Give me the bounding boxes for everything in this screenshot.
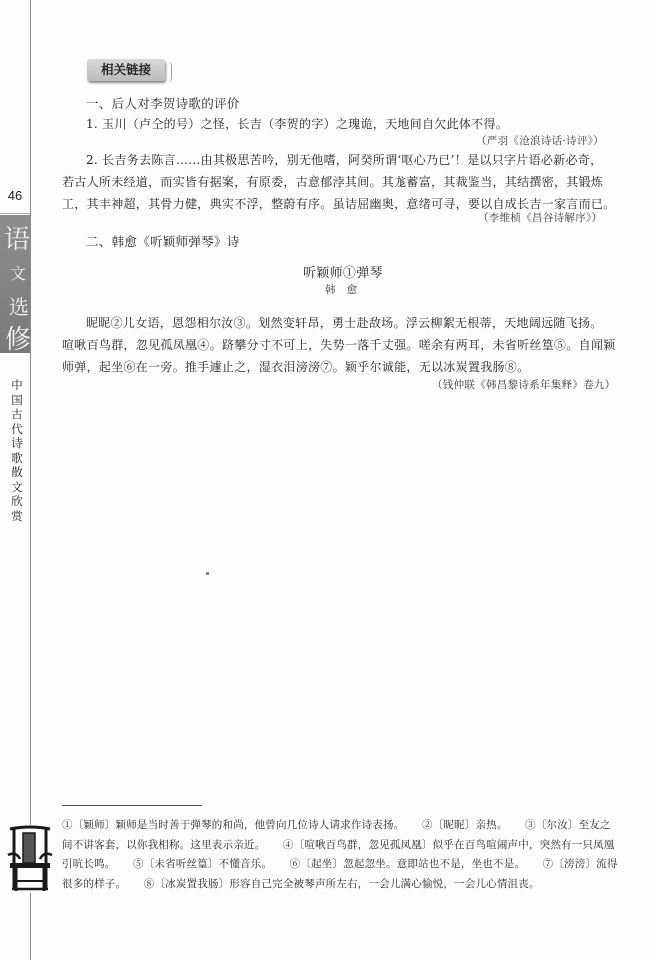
- part2-heading: 二、韩愈《听颖师弹琴》诗: [86, 232, 240, 250]
- poem-author: 韩 愈: [325, 282, 357, 297]
- book-title-vertical: 中国古代诗歌散文欣赏: [10, 378, 24, 523]
- side-tab-char: 语: [4, 219, 30, 256]
- quote-2-line: 若古人所未经道，而实皆有据案，有原委，古意郁浡其间。其尨蓄富，其裁鉴当，其结撰密…: [62, 173, 603, 190]
- ming-chair-icon: [6, 825, 54, 893]
- footnote-1: ①〔颖师〕颖师是当时善于弹琴的和尚，他曾向几位诗人请求作诗表扬。: [62, 819, 404, 831]
- footnote-8: ⑧〔冰炭置我肠〕形容自己完全被琴声所左右，一会儿满心愉悦，一会儿心情沮丧。: [144, 878, 540, 890]
- side-tab-char: 选: [9, 291, 29, 320]
- section-badge: 相关链接: [87, 59, 165, 81]
- poem-line: 喧啾百鸟群，忽见孤凤凰④。跻攀分寸不可上，失势一落千丈强。嗟余有两耳，未省听丝篁…: [62, 336, 616, 353]
- quote-1-source: （严羽《沧浪诗话·诗评》）: [476, 133, 604, 148]
- footnotes: ①〔颖师〕颖师是当时善于弹琴的和尚，他曾向几位诗人请求作诗表扬。 ②〔昵昵〕亲热…: [62, 816, 618, 894]
- quote-1-text: 1. 玉川（卢仝的号）之怪，长吉（李贺的字）之瑰诡，天地间自欠此体不得。: [86, 115, 508, 132]
- side-tab-char: 修: [5, 319, 31, 356]
- poem-line: 师弹，起坐⑥在一旁。推手遽止之，湿衣泪滂滂⑦。颖乎尔诚能，无以冰炭置我肠⑧。: [62, 358, 529, 375]
- part1-heading: 一、后人对李贺诗歌的评价: [86, 94, 240, 112]
- scan-speck: [206, 572, 209, 575]
- footnote-6: ⑥〔起坐〕忽起忽坐。意即站也不是，坐也不是。: [290, 858, 525, 870]
- footnote-2: ②〔昵昵〕亲热。: [422, 819, 508, 831]
- poem-line: 昵昵②儿女语，恩怨相尔汝③。划然变轩昂，勇士赴敌场。浮云柳絮无根蒂，天地阔远随飞…: [86, 314, 603, 331]
- footnote-5: ⑤〔未省听丝篁〕不懂音乐。: [133, 858, 272, 870]
- poem-title: 听颖师①弹琴: [303, 262, 383, 281]
- page-margin-line: [30, 0, 31, 960]
- footnote-divider: [62, 805, 202, 806]
- page-number: 46: [0, 188, 30, 203]
- page-number-divider: [0, 213, 30, 214]
- quote-2-line: 2. 长吉务去陈言……由其极思苦吟，别无他嗜，阿癸所谓‘呕心乃已’！是以只字片语…: [86, 151, 602, 168]
- poem-source: （钱仲联《韩昌黎诗系年集释》卷九）: [432, 377, 616, 392]
- side-tab-char: 文: [10, 261, 26, 284]
- quote-2-source: （李维桢《昌谷诗解序》）: [478, 210, 602, 225]
- side-tab-course-label: 语 文 选 修: [0, 215, 30, 353]
- badge-decoration: [168, 62, 172, 82]
